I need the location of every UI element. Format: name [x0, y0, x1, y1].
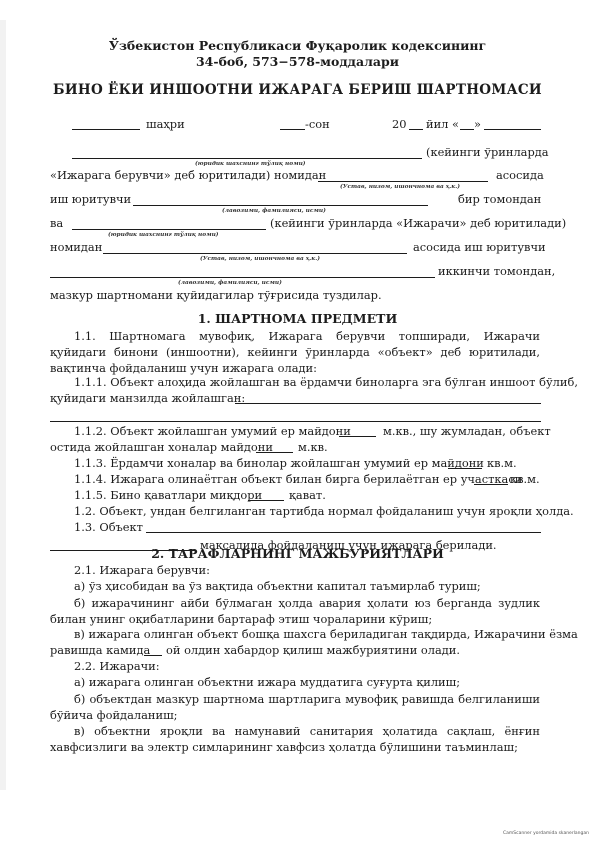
address-field-2[interactable]	[50, 421, 541, 422]
line5-tail: (кейинги ўринларда «Ижарачи» деб юритила…	[270, 216, 566, 230]
clause-1-1-1b: қуйидаги манзилда жойлашган:	[50, 391, 245, 405]
clause-1-1-1a: 1.1.1. Объект алоҳида жойлашган ва ёрдам…	[74, 375, 578, 389]
clause-1-1-2b-head: остида жойлашган хоналар майдони	[50, 440, 273, 454]
header-line-2: 34-боб, 573−578-моддалари	[0, 54, 595, 69]
line2-tail: (кейинги ўринларда	[426, 145, 549, 159]
clause-1-1-2a-head: 1.1.2. Объект жойлашган умумий ер майдон…	[74, 424, 351, 438]
clause-2-1-v2-head: равишда камида	[50, 643, 150, 657]
line6-head: номидан	[50, 240, 102, 254]
caption-legal-name-2: (юридик шахснинг тўлиқ номи)	[108, 232, 219, 238]
auxiliary-area-field[interactable]	[448, 468, 482, 469]
lessor-basis-field[interactable]	[318, 181, 488, 182]
clause-2-1-v1: в) ижарага олинган объект бошқа шахсга б…	[74, 627, 578, 641]
lessee-basis-field[interactable]	[103, 253, 407, 254]
number-label: -сон	[305, 117, 330, 131]
line4-head: иш юритувчи	[50, 192, 131, 206]
city-label: шаҳри	[146, 117, 185, 131]
line6-tail: асосида иш юритувчи	[413, 240, 546, 254]
clause-1-1-3-tail: кв.м.	[487, 456, 517, 470]
clause-2-1-v2-tail: ой олдин хабардор қилиш мажбуриятини ола…	[166, 643, 460, 657]
clause-1-1-4-head: 1.1.4. Ижарага олинаётган объект билан б…	[74, 472, 522, 486]
line5-head: ва	[50, 216, 63, 230]
lessor-name-field[interactable]	[72, 158, 422, 159]
caption-charter: (Устав, низом, ишончнома ва ҳ.к.)	[340, 184, 460, 190]
line3-head: «Ижарага берувчи» деб юритилади) номидан	[50, 168, 326, 182]
clause-1-2: 1.2. Объект, ундан белгиланган тартибда …	[74, 504, 574, 518]
lessor-representative-field[interactable]	[133, 205, 428, 206]
line8: мазкур шартномани қуйидагилар тўғрисида …	[50, 288, 382, 302]
clause-1-1-2b-tail: м.кв.	[298, 440, 328, 454]
clause-1-1-3-head: 1.1.3. Ёрдамчи хоналар ва бинолар жойлаш…	[74, 456, 484, 470]
clause-1-1-2a-tail: м.кв., шу жумладан, объект	[383, 424, 551, 438]
clause-1-1: 1.1. Шартномага мувофиқ, Ижарага берувчи…	[50, 328, 540, 376]
number-field[interactable]	[280, 129, 305, 130]
clause-1-1-5-head: 1.1.5. Бино қаватлари миқдори	[74, 488, 262, 502]
year-suffix: йил «	[426, 117, 459, 131]
clause-2-2-v: в) объектни яроқли ва намунавий санитари…	[50, 723, 540, 755]
caption-position-2: (лавозими, фамилияси, исми)	[178, 280, 282, 286]
scanner-watermark: CamScanner yordamida skanerlangan	[503, 831, 589, 836]
address-field[interactable]	[235, 403, 541, 404]
caption-charter-2: (Устав, низом, ишончнома ва ҳ.к.)	[200, 256, 320, 262]
rooms-area-field[interactable]	[256, 452, 293, 453]
clause-1-1-5-tail: қават.	[289, 488, 326, 502]
quote-close: »	[474, 117, 481, 131]
clause-2-1-b: б) ижарачининг айби бўлмаган ҳолда авари…	[50, 595, 540, 627]
floors-field[interactable]	[248, 500, 284, 501]
purpose-field[interactable]	[146, 532, 541, 533]
month-field[interactable]	[484, 129, 541, 130]
city-field[interactable]	[72, 129, 140, 130]
lessee-representative-field[interactable]	[50, 277, 435, 278]
total-land-area-field[interactable]	[339, 436, 376, 437]
line3-tail: асосида	[496, 168, 544, 182]
document-title: БИНО ЁКИ ИНШООТНИ ИЖАРАГА БЕРИШ ШАРТНОМА…	[0, 82, 595, 98]
day-field[interactable]	[460, 129, 474, 130]
year-field[interactable]	[409, 129, 423, 130]
clause-2-1-a: а) ўз ҳисобидан ва ўз вақтида объектни к…	[74, 579, 481, 593]
clause-1-3-head: 1.3. Объект	[74, 520, 143, 534]
clause-2-2: 2.2. Ижарачи:	[74, 659, 160, 673]
caption-position: (лавозими, фамилияси, исми)	[222, 208, 326, 214]
section1-heading: 1. ШАРТНОМА ПРЕДМЕТИ	[0, 311, 595, 326]
clause-2-1: 2.1. Ижарага берувчи:	[74, 563, 210, 577]
clause-2-2-b: б) объектдан мазкур шартнома шартларига …	[50, 691, 540, 723]
clause-2-2-a: а) ижарага олинган объектни ижара муддат…	[74, 675, 460, 689]
land-plot-field[interactable]	[474, 484, 508, 485]
document-page: Ўзбекистон Республикаси Фуқаролик кодекс…	[0, 0, 595, 842]
caption-legal-name: (юридик шахснинг тўлиқ номи)	[195, 161, 306, 167]
year-prefix: 20	[392, 117, 407, 131]
notice-months-field[interactable]	[144, 655, 162, 656]
clause-1-1-4-tail: кв.м.	[510, 472, 540, 486]
section2-heading: 2. ТАРАФЛАРНИНГ МАЖБУРИЯТЛАРИ	[0, 546, 595, 561]
line7-tail: иккинчи томондан,	[438, 264, 555, 278]
header-line-1: Ўзбекистон Республикаси Фуқаролик кодекс…	[0, 38, 595, 53]
lessee-name-field[interactable]	[72, 229, 266, 230]
line4-tail: бир томондан	[458, 192, 541, 206]
